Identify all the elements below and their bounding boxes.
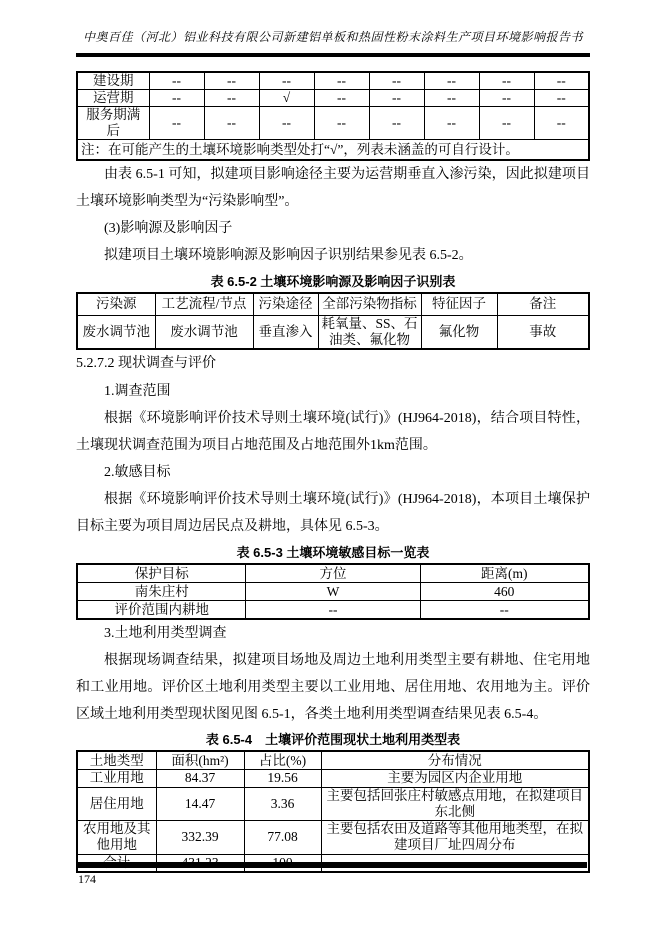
table-cell: 南朱庄村 [77,582,246,600]
table-cell: 居住用地 [77,787,156,820]
column-header: 距离(m) [420,564,589,583]
sub-heading-sensitive-targets: 2.敏感目标 [76,459,590,486]
table-row: 工业用地 84.37 19.56 主要为园区内企业用地 [77,769,589,787]
paragraph: 根据现场调查结果，拟建项目场地及周边土地利用类型主要有耕地、住宅用地和工业用地。… [76,647,590,728]
table-cell: 氟化物 [421,315,497,349]
sub-heading-impact-source: (3)影响源及影响因子 [76,215,590,242]
table-row: 废水调节池 废水调节池 垂直渗入 耗氧量、SS、石油类、氟化物 氟化物 事故 [77,315,589,349]
table-cell: -- [369,72,424,90]
column-header: 污染源 [77,293,155,315]
table-cell: 服务期满后 [77,107,149,140]
page-content: 中奥百佳（河北）铝业科技有限公司新建铝单板和热固性粉末涂料生产项目环境影响报告书… [0,0,666,873]
footer-rule-bar [77,862,587,868]
paragraph: 拟建项目土壤环境影响源及影响因子识别结果参见表 6.5-2。 [76,242,590,269]
table-cell: -- [149,90,204,107]
table-cell: -- [479,90,534,107]
report-header-title: 中奥百佳（河北）铝业科技有限公司新建铝单板和热固性粉末涂料生产项目环境影响报告书 [76,28,590,46]
page-number: 174 [78,872,96,886]
table-header-row: 污染源 工艺流程/节点 污染途径 全部污染物指标 特征因子 备注 [77,293,589,315]
table-cell: -- [369,107,424,140]
header-double-rule [76,53,590,57]
table-cell: -- [420,600,589,619]
column-header: 面积(hm²) [156,751,244,770]
impact-source-factor-table: 污染源 工艺流程/节点 污染途径 全部污染物指标 特征因子 备注 废水调节池 废… [76,292,590,350]
table-cell: -- [534,90,589,107]
table-header-row: 保护目标 方位 距离(m) [77,564,589,583]
table-row: 服务期满后 -- -- -- -- -- -- -- -- [77,107,589,140]
table-cell: -- [369,90,424,107]
soil-impact-period-table: 建设期 -- -- -- -- -- -- -- -- 运营期 -- -- √ … [76,71,590,161]
table-row: 农用地及其他用地 332.39 77.08 主要包括农田及道路等其他用地类型，在… [77,820,589,854]
table-cell: 评价范围内耕地 [77,600,246,619]
table-cell: 耗氧量、SS、石油类、氟化物 [318,315,421,349]
table-row: 建设期 -- -- -- -- -- -- -- -- [77,72,589,90]
table-cell: -- [204,72,259,90]
column-header: 备注 [497,293,589,315]
paragraph: 根据《环境影响评价技术导则土壤环境(试行)》(HJ964-2018)，本项目土壤… [76,486,590,540]
table-row: 评价范围内耕地 -- -- [77,600,589,619]
table-cell: 460 [420,582,589,600]
table-cell: -- [149,107,204,140]
table-cell: -- [204,107,259,140]
table-cell: -- [424,90,479,107]
document-page: 中奥百佳（河北）铝业科技有限公司新建铝单板和热固性粉末涂料生产项目环境影响报告书… [0,0,666,932]
table-header-row: 土地类型 面积(hm²) 占比(%) 分布情况 [77,751,589,770]
table-cell: 主要包括回张庄村敏感点用地，在拟建项目东北侧 [321,787,589,820]
table-row: 注：在可能产生的土壤环境影响类型处打“√”，列表未涵盖的可自行设计。 [77,140,589,161]
sensitive-targets-table: 保护目标 方位 距离(m) 南朱庄村 W 460 评价范围内耕地 -- -- [76,563,590,620]
table-cell: 84.37 [156,769,244,787]
column-header: 保护目标 [77,564,246,583]
column-header: 工艺流程/节点 [155,293,253,315]
table-cell: -- [534,107,589,140]
table-cell: W [246,582,420,600]
table-cell: 农用地及其他用地 [77,820,156,854]
table-caption: 表 6.5-3 土壤环境敏感目标一览表 [76,543,590,563]
table-cell: 建设期 [77,72,149,90]
land-use-type-table: 土地类型 面积(hm²) 占比(%) 分布情况 工业用地 84.37 19.56… [76,750,590,874]
table-cell: -- [246,600,420,619]
table-cell: 事故 [497,315,589,349]
column-header: 特征因子 [421,293,497,315]
table-cell: 运营期 [77,90,149,107]
table-cell: 19.56 [244,769,321,787]
table-row: 居住用地 14.47 3.36 主要包括回张庄村敏感点用地，在拟建项目东北侧 [77,787,589,820]
table-cell: 14.47 [156,787,244,820]
table-cell: -- [424,72,479,90]
table-cell: -- [259,107,314,140]
table-cell: 垂直渗入 [253,315,318,349]
sub-heading-land-use-survey: 3.土地利用类型调查 [76,620,590,647]
table-cell: -- [149,72,204,90]
table-cell: -- [479,107,534,140]
paragraph: 根据《环境影响评价技术导则土壤环境(试行)》(HJ964-2018)，结合项目特… [76,405,590,459]
table-cell: 主要包括农田及道路等其他用地类型，在拟建项目厂址四周分布 [321,820,589,854]
table-cell: 332.39 [156,820,244,854]
column-header: 污染途径 [253,293,318,315]
table-cell: -- [479,72,534,90]
table-cell: -- [314,72,369,90]
table-cell: 废水调节池 [155,315,253,349]
table-cell: -- [204,90,259,107]
checkmark-cell: √ [259,90,314,107]
table-cell: 工业用地 [77,769,156,787]
column-header: 土地类型 [77,751,156,770]
column-header: 全部污染物指标 [318,293,421,315]
table-cell: 主要为园区内企业用地 [321,769,589,787]
table-row: 运营期 -- -- √ -- -- -- -- -- [77,90,589,107]
table-cell: -- [314,90,369,107]
column-header: 方位 [246,564,420,583]
table-cell: -- [314,107,369,140]
table-note: 注：在可能产生的土壤环境影响类型处打“√”，列表未涵盖的可自行设计。 [77,140,589,161]
section-heading: 5.2.7.2 现状调查与评价 [76,350,590,378]
table-cell: 废水调节池 [77,315,155,349]
column-header: 分布情况 [321,751,589,770]
paragraph: 由表 6.5-1 可知，拟建项目影响途径主要为运营期垂直入渗污染，因此拟建项目土… [76,161,590,215]
table-cell: -- [534,72,589,90]
table-cell: -- [424,107,479,140]
sub-heading-survey-scope: 1.调查范围 [76,378,590,405]
table-cell: -- [259,72,314,90]
table-cell: 77.08 [244,820,321,854]
table-caption: 表 6.5-2 土壤环境影响源及影响因子识别表 [76,272,590,292]
table-row: 南朱庄村 W 460 [77,582,589,600]
table-caption: 表 6.5-4 土壤评价范围现状土地利用类型表 [76,730,590,750]
column-header: 占比(%) [244,751,321,770]
table-cell: 3.36 [244,787,321,820]
